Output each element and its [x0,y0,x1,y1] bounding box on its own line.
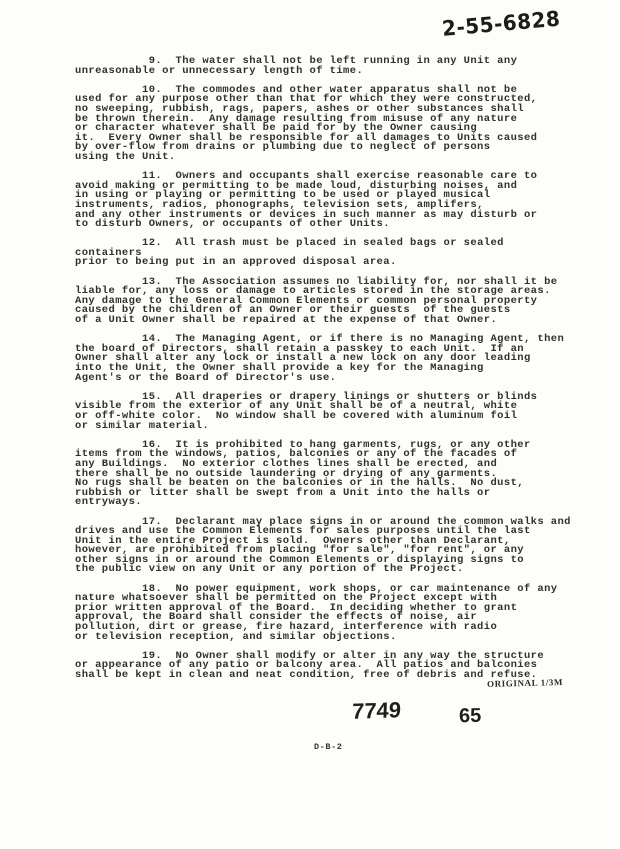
paragraph-16: 16. It is prohibited to hang garments, r… [75,441,575,508]
paragraph-13: 13. The Association assumes no liability… [75,278,575,326]
paragraph-9: 9. The water shall not be left running i… [75,57,575,76]
paragraph-19: 19. No Owner shall modify or alter in an… [75,652,575,681]
paragraph-12: 12. All trash must be placed in sealed b… [75,239,575,268]
paragraph-11: 11. Owners and occupants shall exercise … [75,172,575,230]
scanned-document-page: 2-55-6828 9. The water shall not be left… [0,0,620,849]
document-body: 9. The water shall not be left running i… [75,57,575,690]
paragraph-14: 14. The Managing Agent, or if there is n… [75,335,575,383]
footer-stamp-number: 7749 [352,697,402,725]
paragraph-18: 18. No power equipment, work shops, or c… [75,585,575,643]
footer-page-stamp: 65 [459,705,482,728]
document-number-stamp: 2-55-6828 [441,6,561,41]
paragraph-10: 10. The commodes and other water apparat… [75,86,575,163]
original-stamp: ORIGINAL 1/3M [487,677,563,689]
page-code: D-B-2 [314,742,343,752]
paragraph-17: 17. Declarant may place signs in or arou… [75,518,575,576]
paragraph-15: 15. All draperies or drapery linings or … [75,393,575,431]
